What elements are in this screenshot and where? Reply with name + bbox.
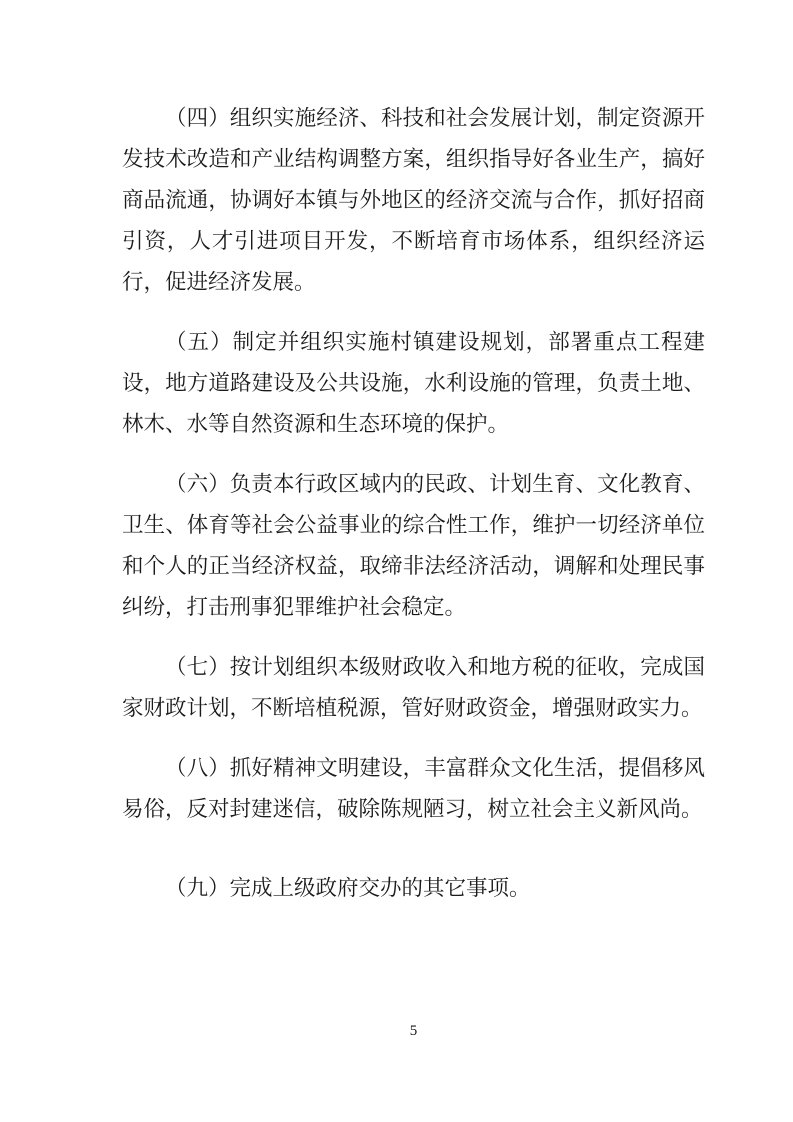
- page-footer: 5: [122, 1022, 705, 1040]
- paragraph-item-7: （七）按计划组织本级财政收入和地方税的征收，完成国家财政计划，不断培植税源，管好…: [122, 647, 705, 729]
- paragraph-item-5: （五）制定并组织实施村镇建设规划，部署重点工程建设，地方道路建设及公共设施，水利…: [122, 322, 705, 445]
- document-page: （四）组织实施经济、科技和社会发展计划，制定资源开发技术改造和产业结构调整方案，…: [0, 0, 793, 1122]
- paragraph-item-4: （四）组织实施经济、科技和社会发展计划，制定资源开发技术改造和产业结构调整方案，…: [122, 98, 705, 303]
- paragraph-item-6: （六）负责本行政区域内的民政、计划生育、文化教育、卫生、体育等社会公益事业的综合…: [122, 464, 705, 628]
- document-body: （四）组织实施经济、科技和社会发展计划，制定资源开发技术改造和产业结构调整方案，…: [122, 98, 705, 909]
- page-number: 5: [410, 1023, 418, 1039]
- paragraph-item-8: （八）抓好精神文明建设，丰富群众文化生活，提倡移风易俗，反对封建迷信，破除陈规陋…: [122, 748, 705, 830]
- paragraph-item-9: （九）完成上级政府交办的其它事项。: [122, 868, 705, 909]
